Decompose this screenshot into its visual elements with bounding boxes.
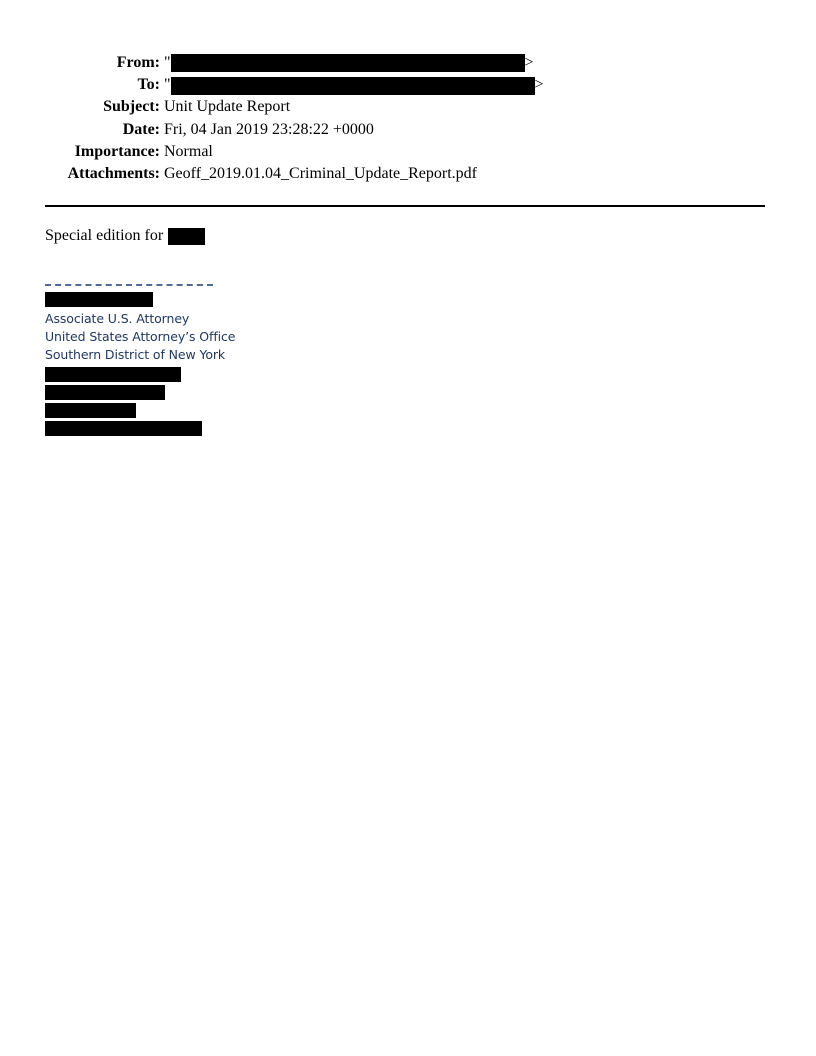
signature-redaction-1 — [45, 367, 181, 382]
signature-title: Associate U.S. Attorney — [45, 310, 235, 328]
from-row: From: "> — [0, 52, 816, 74]
signature-redaction-4 — [45, 421, 202, 436]
signature-separator — [45, 284, 213, 286]
signature-redaction-2 — [45, 385, 165, 400]
to-value: "> — [164, 74, 544, 96]
attachment-link[interactable]: Geoff_2019.01.04_Criminal_Update_Report.… — [164, 163, 477, 185]
body-name-redaction — [168, 228, 205, 245]
date-row: Date: Fri, 04 Jan 2019 23:28:22 +0000 — [0, 119, 816, 141]
to-suffix: > — [535, 76, 544, 93]
from-value: "> — [164, 52, 534, 74]
attachments-label: Attachments: — [68, 163, 160, 185]
date-label: Date: — [123, 119, 160, 141]
signature-name-redaction — [45, 292, 153, 307]
to-label: To: — [137, 74, 160, 96]
signature-block: Associate U.S. Attorney United States At… — [45, 284, 235, 439]
signature-district: Southern District of New York — [45, 346, 235, 364]
subject-label: Subject: — [103, 96, 160, 118]
email-body: Special edition for — [45, 226, 205, 246]
header-divider — [45, 205, 765, 207]
importance-label: Importance: — [75, 141, 160, 163]
date-value: Fri, 04 Jan 2019 23:28:22 +0000 — [164, 119, 374, 141]
signature-office: United States Attorney’s Office — [45, 328, 235, 346]
signature-redaction-3 — [45, 403, 136, 418]
from-redaction — [171, 54, 525, 72]
from-suffix: > — [525, 54, 534, 71]
to-redaction — [171, 77, 535, 95]
email-header: From: "> To: "> Subject: Unit Update Rep… — [0, 52, 816, 185]
importance-value: Normal — [164, 141, 213, 163]
attachments-row: Attachments: Geoff_2019.01.04_Criminal_U… — [0, 163, 816, 185]
subject-value: Unit Update Report — [164, 96, 290, 118]
importance-row: Importance: Normal — [0, 141, 816, 163]
from-label: From: — [117, 52, 160, 74]
body-text: Special edition for — [45, 227, 163, 244]
to-row: To: "> — [0, 74, 816, 96]
subject-row: Subject: Unit Update Report — [0, 96, 816, 118]
